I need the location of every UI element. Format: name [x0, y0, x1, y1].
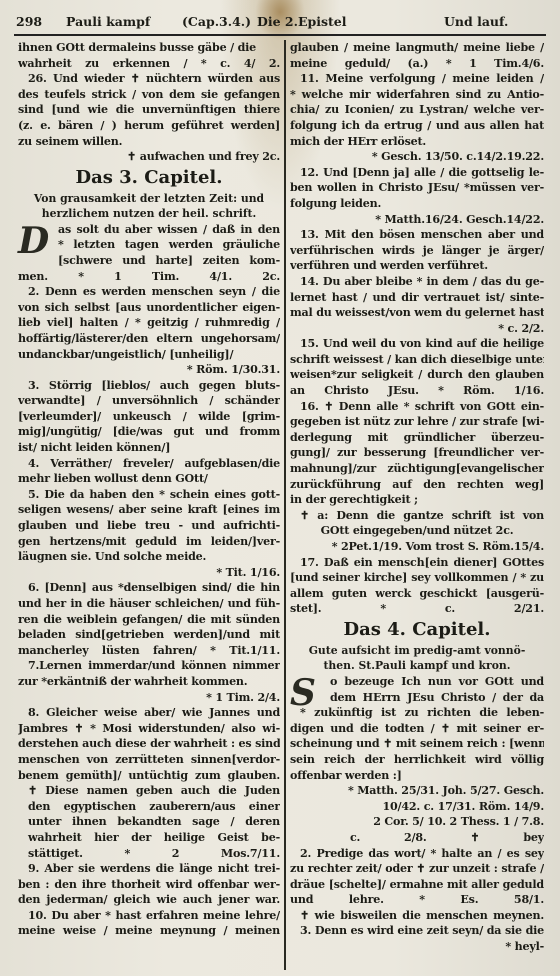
text-line: zurückführung auf den rechten weg] [290, 477, 544, 493]
running-title: Pauli kampf [66, 14, 150, 29]
text-line: mich der HErr erlöset. [290, 134, 544, 150]
text-line: seligen wesens/ aber seine kraft [eines … [18, 502, 280, 518]
text-line: hoffärtig/lästerer/den eltern ungehorsam… [18, 331, 280, 347]
text-line: o bezeuge Ich nun vor GOtt und [290, 674, 544, 690]
right-column: glauben / meine langmuth/ meine liebe / … [290, 40, 544, 955]
verse-8: 8. Gleicher weise aber/ wie Jannes und [18, 705, 280, 721]
text-line: mancherley lüsten fahren/ * Tit.1/11. [18, 643, 280, 659]
cross-reference: c. 2/8. ✝ bey [290, 830, 544, 846]
text-line: verführischen wirds je länger je ärger/ [290, 243, 544, 259]
chapter-reference: (Cap.3.4.) [182, 14, 251, 29]
text-line: des teufels strick / von dem sie gefange… [18, 87, 280, 103]
drop-cap-block: D as solt du aber wissen / daß in den * … [18, 222, 280, 269]
text-line: * zukünftig ist zu richten die leben- [290, 705, 544, 721]
footnote-line: GOtt eingegeben/und nützet 2c. [290, 523, 544, 539]
verse-13: 13. Mit den bösen menschen aber und [290, 227, 544, 243]
text-line: ben wollen in Christo JEsu/ *müssen ver- [290, 180, 544, 196]
text-line: verführen und werden verführet. [290, 258, 544, 274]
footnote-line: den egyptischen zauberern/aus einer [18, 799, 280, 815]
cross-reference: * Gesch. 13/50. c.14/2.19.22. [290, 149, 544, 165]
cross-reference: * Matth. 25/31. Joh. 5/27. Gesch. [290, 783, 544, 799]
text-line: von sich selbst [aus unordentlicher eige… [18, 300, 280, 316]
verse-11: 11. Meine verfolgung / meine leiden / [290, 71, 544, 87]
cross-reference: * Tit. 1/16. [18, 565, 280, 581]
verse-16: 16. ✝ Denn alle * schrift von GOtt ein- [290, 399, 544, 415]
verse-6: 6. [Denn] aus *denselbigen sind/ die hin [18, 580, 280, 596]
footnote-line: wahrheit hier der heilige Geist be- [18, 830, 280, 846]
text-line: Jambres ✝ * Mosi widerstunden/ also wi- [18, 721, 280, 737]
text-line: (z. e. bären / ) herum geführet werden] [18, 118, 280, 134]
text-line: zu rechter zeit/ oder ✝ zur unzeit : str… [290, 861, 544, 877]
text-line: zu seinem willen. [18, 134, 280, 150]
chapter-3-title: Das 3. Capitel. [18, 165, 280, 191]
text-line: wahrheit zu erkennen / * c. 4/ 2. [18, 56, 280, 72]
text-line: benem gemüth]/ untüchtig zum glauben. [18, 768, 280, 784]
chapter-summary: then. St.Pauli kampf und kron. [290, 658, 544, 674]
text-line: in der gerechtigkeit ; [290, 492, 544, 508]
text-line: den jederman/ gleich wie auch jener war. [18, 892, 280, 908]
text-line: stet]. * c. 2/21. [290, 601, 544, 617]
text-line: sein reich der herrlichkeit wird völlig [290, 752, 544, 768]
verse-12: 12. Und [Denn ja] alle / die gottselig l… [290, 165, 544, 181]
header-rule [14, 34, 546, 36]
text-line: ben : den ihre thorheit wird offenbar we… [18, 877, 280, 893]
footnote: ✝ Diese namen geben auch die Juden [18, 783, 280, 799]
verse-5: 5. Die da haben den * schein eines gott- [18, 487, 280, 503]
text-line: lernet hast / und dir vertrauet ist/ sin… [290, 290, 544, 306]
text-line: as solt du aber wissen / daß in den [18, 222, 280, 238]
text-line: menschen von zerrütteten sinnen[verdor- [18, 752, 280, 768]
chapter-summary: Gute aufsicht im predig-amt vonnö- [290, 643, 544, 659]
text-line: mig]/ungütig/ [die/was gut und fromm [18, 424, 280, 440]
page-number: 298 [16, 14, 42, 29]
text-line: dem HErrn JEsu Christo / der da [290, 690, 544, 706]
text-line: läugnen sie. Und solche meide. [18, 549, 280, 565]
text-line: gegeben ist nütz zur lehre / zur strafe … [290, 414, 544, 430]
text-line: * letzten tagen werden gräuliche [18, 237, 280, 253]
chapter-summary: herzlichem nutzen der heil. schrift. [18, 206, 280, 222]
text-line: allem guten werck geschickt [ausgerü- [290, 586, 544, 602]
text-line: weisen*zur seligkeit / durch den glauben [290, 367, 544, 383]
epistle-title: Die 2.Epistel [257, 14, 346, 29]
column-divider [284, 40, 286, 970]
text-line: scheinung und ✝ mit seinem reich : [wenn [290, 736, 544, 752]
left-column: ihnen GOtt dermaleins busse gäbe / die w… [18, 40, 280, 939]
cross-reference: 10/42. c. 17/31. Röm. 14/9. [290, 799, 544, 815]
text-line: sind [und wie die unvernünftigen thiere [18, 102, 280, 118]
cross-reference: * c. 2/2. [290, 321, 544, 337]
footnote: ✝ wie bisweilen die menschen meynen. [290, 908, 544, 924]
text-line: ist/ nicht leiden können/] [18, 440, 280, 456]
text-line: meine geduld/ (a.) * 1 Tim.4/6. [290, 56, 544, 72]
verse-10: 10. Du aber * hast erfahren meine lehre/ [18, 908, 280, 924]
text-line: [und seiner kirche] sey vollkommen / * z… [290, 570, 544, 586]
footnote-line: unter ihnen bekandten sage / deren [18, 814, 280, 830]
text-line: mehr lieben wollust denn GOtt/ [18, 471, 280, 487]
catchword: * heyl- [290, 939, 544, 955]
verse-7: 7.Lernen immerdar/und können nimmer [18, 658, 280, 674]
text-line: derlegung mit gründlicher überzeu- [290, 430, 544, 446]
text-line: digen und die todten / ✝ mit seiner er- [290, 721, 544, 737]
verse-3: 3. Störrig [lieblos/ auch gegen bluts- [18, 378, 280, 394]
verse-4: 4. Verräther/ freveler/ aufgeblasen/die [18, 456, 280, 472]
text-line: gung]/ zur besserung [freundlicher ver- [290, 445, 544, 461]
verse-2: 2. Predige das wort/ * halte an / es sey [290, 846, 544, 862]
cross-reference: * Röm. 1/30.31. [18, 362, 280, 378]
text-line: undanckbar/ungeistlich/ [unheilig]/ [18, 347, 280, 363]
verse-14: 14. Du aber bleibe * in dem / das du ge- [290, 274, 544, 290]
text-line: offenbar werden :] [290, 768, 544, 784]
text-line: mahnung]/zur züchtigung[evangelischer [290, 461, 544, 477]
footnote: ✝ aufwachen und frey 2c. [18, 149, 280, 165]
verse-15: 15. Und weil du von kind auf die heilige [290, 336, 544, 352]
text-line: ihnen GOtt dermaleins busse gäbe / die [18, 40, 280, 56]
text-line: zur *erkäntniß der wahrheit kommen. [18, 674, 280, 690]
text-line: schrift weissest / kan dich dieselbige u… [290, 352, 544, 368]
chapter-4-title: Das 4. Capitel. [290, 617, 544, 643]
text-line: chia/ zu Iconien/ zu Lystran/ welche ver… [290, 102, 544, 118]
text-line: mal du weissest/von wem du gelernet hast… [290, 305, 544, 321]
text-line: und lehre. * Es. 58/1. [290, 892, 544, 908]
cross-reference: * 1 Tim. 2/4. [18, 690, 280, 706]
text-line: derstehen auch diese der wahrheit : es s… [18, 736, 280, 752]
book-page: 298 Pauli kampf (Cap.3.4.) Die 2.Epistel… [0, 0, 560, 976]
running-header: 298 Pauli kampf (Cap.3.4.) Die 2.Epistel… [12, 8, 546, 32]
text-line: lieb viel] halten / * geitzig / ruhmredi… [18, 315, 280, 331]
cross-reference: * 2Pet.1/19. Vom trost S. Röm.15/4. [290, 539, 544, 555]
verse-3: 3. Denn es wird eine zeit seyn/ da sie d… [290, 923, 544, 939]
drop-cap-letter: D [18, 223, 56, 259]
text-line: men. * 1 Tim. 4/1. 2c. [18, 269, 280, 285]
text-line: beladen sind[getrieben werden]/und mit [18, 627, 280, 643]
verse-26: 26. Und wieder ✝ nüchtern würden aus [18, 71, 280, 87]
text-line: glauben und liebe treu - und aufrichti- [18, 518, 280, 534]
text-line: glauben / meine langmuth/ meine liebe / [290, 40, 544, 56]
text-line: gen hertzens/mit geduld im leiden/]ver- [18, 534, 280, 550]
text-line: * welche mir widerfahren sind zu Antio- [290, 87, 544, 103]
drop-cap-block: S o bezeuge Ich nun vor GOtt und dem HEr… [290, 674, 544, 705]
text-line: meine weise / meine meynung / meinen [18, 923, 280, 939]
text-line: [verleumder]/ unkeusch / wilde [grim- [18, 409, 280, 425]
chapter-summary: Von grausamkeit der letzten Zeit: und [18, 191, 280, 207]
text-line: an Christo JEsu. * Röm. 1/16. [290, 383, 544, 399]
text-line: [schwere und harte] zeiten kom- [18, 253, 280, 269]
text-line: und her in die häuser schleichen/ und fü… [18, 596, 280, 612]
verse-9: 9. Aber sie werdens die länge nicht trei… [18, 861, 280, 877]
text-line: ren die weiblein gefangen/ die mit sünde… [18, 612, 280, 628]
text-line: dräue [schelte]/ ermahne mit aller gedul… [290, 877, 544, 893]
cross-reference: 2 Cor. 5/ 10. 2 Thess. 1 / 7.8. [290, 814, 544, 830]
running-title-right: Und lauf. [444, 14, 508, 29]
footnote: ✝ a: Denn die gantze schrift ist von [290, 508, 544, 524]
text-line: verwandte] / unversöhnlich / schänder [18, 393, 280, 409]
verse-17: 17. Daß ein mensch[ein diener] GOttes [290, 555, 544, 571]
drop-cap-letter: S [290, 675, 328, 711]
verse-2: 2. Denn es werden menschen seyn / die [18, 284, 280, 300]
cross-reference: * Matth.16/24. Gesch.14/22. [290, 212, 544, 228]
text-line: folgung leiden. [290, 196, 544, 212]
footnote-line: stättiget. * 2 Mos.7/11. [18, 846, 280, 862]
text-line: folgung ich da ertrug / und aus allen ha… [290, 118, 544, 134]
